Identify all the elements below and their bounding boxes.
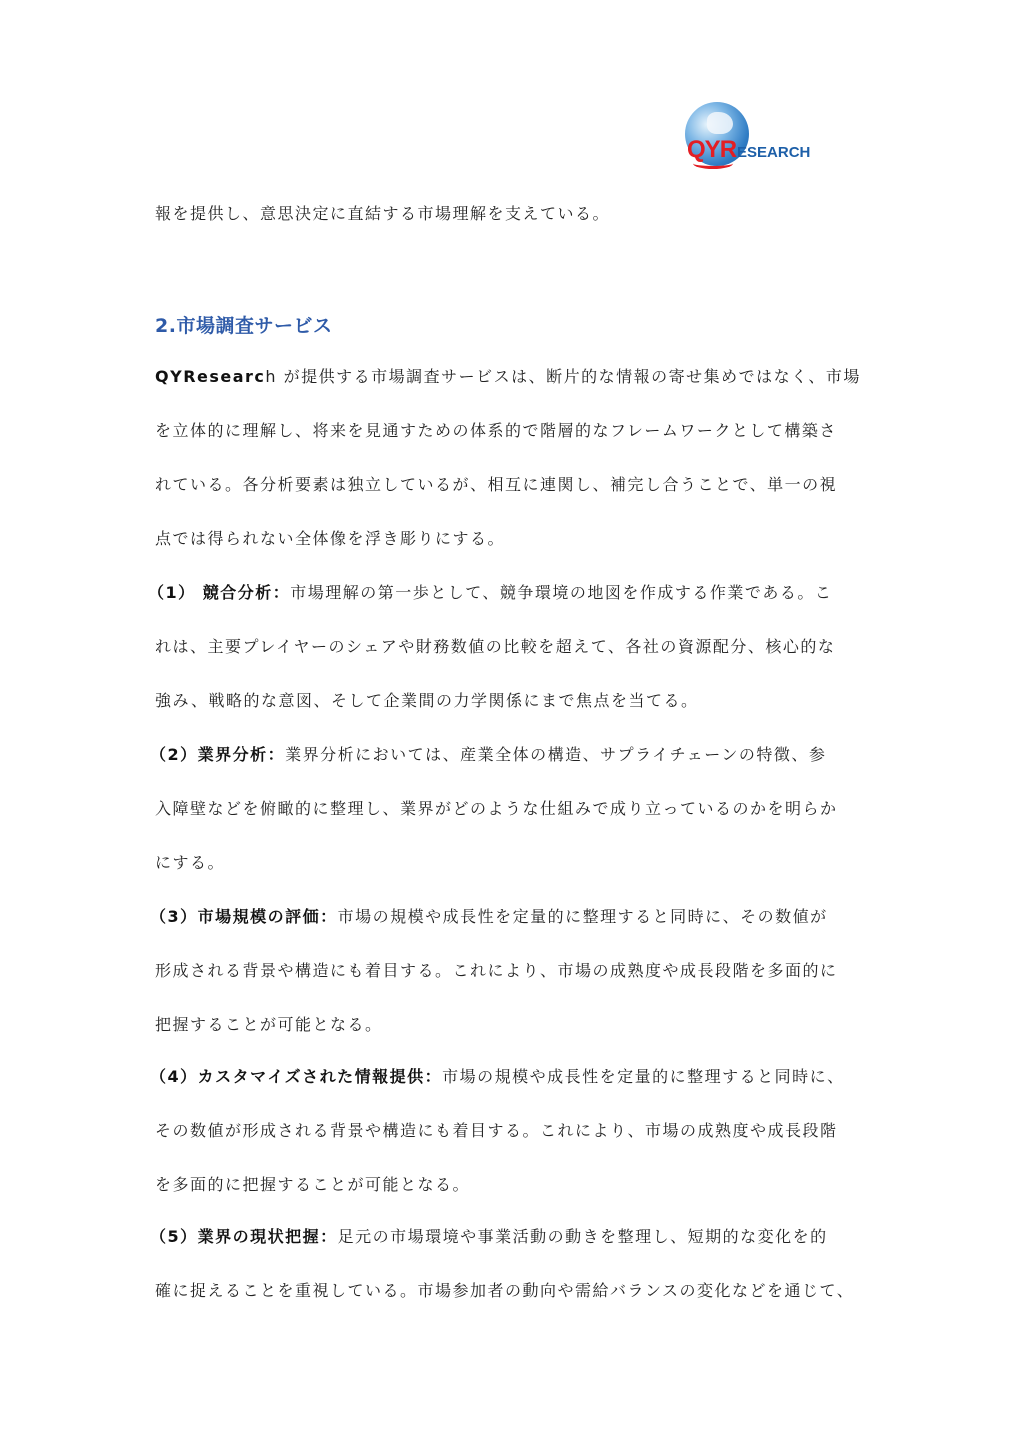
item-2-number: （2） [150, 745, 198, 764]
item-4-label: カスタマイズされた情報提供： [198, 1067, 443, 1086]
item-5-line-2: 確に捉えることを重視している。市場参加者の動向や需給バランスの変化などを通じて、 [155, 1280, 854, 1302]
item-2-line-2: 入障壁などを俯瞰的に整理し、業界がどのような仕組みで成り立っているのかを明らか [155, 798, 838, 820]
item-4-line-3: を多面的に把握することが可能となる。 [155, 1174, 470, 1196]
logo-swoosh [693, 158, 733, 169]
item-1-line-3: 強み、戦略的な意図、そして企業間の力学関係にまで焦点を当てる。 [155, 690, 698, 712]
item-4-number: （4） [150, 1067, 198, 1086]
item-2-label: 業界分析： [198, 745, 286, 764]
item-3-line-3: 把握することが可能となる。 [155, 1014, 383, 1036]
item-3-line-1: （3）市場規模の評価：市場の規模や成長性を定量的に整理すると同時に、その数値が [150, 906, 828, 928]
intro-tail-text: 報を提供し、意思決定に直結する市場理解を支えている。 [155, 203, 610, 225]
item-3-number: （3） [150, 907, 198, 926]
item-4-line-2: その数値が形成される背景や構造にも着目する。これにより、市場の成熟度や成長段階 [155, 1120, 838, 1142]
item-5-label: 業界の現状把握： [198, 1227, 338, 1246]
item-2-line-1: （2）業界分析：業界分析においては、産業全体の構造、サプライチェーンの特徴、参 [150, 744, 826, 766]
item-5-number: （5） [150, 1227, 198, 1246]
section-heading: 2.市場調査サービス [155, 311, 332, 338]
item-3-line-2: 形成される背景や構造にも着目する。これにより、市場の成熟度や成長段階を多面的に [155, 960, 838, 982]
section-intro-line-1: QYResearch が提供する市場調査サービスは、断片的な情報の寄せ集めではな… [155, 366, 861, 388]
item-1-line-1: （1） 競合分析：市場理解の第一歩として、競争環境の地図を作成する作業である。こ [148, 582, 832, 604]
item-1-line-2: れは、主要プレイヤーのシェアや財務数値の比較を超えて、各社の資源配分、核心的な [155, 636, 835, 658]
item-1-label: 競合分析： [196, 583, 291, 602]
qyresearch-logo: QYRESEARCH [683, 100, 828, 170]
item-1-number: （1） [148, 583, 196, 602]
brand-name: QYResearc [155, 367, 265, 386]
item-2-line-3: にする。 [155, 852, 225, 874]
item-5-line-1: （5）業界の現状把握：足元の市場環境や事業活動の動きを整理し、短期的な変化を的 [150, 1226, 828, 1248]
section-intro-line-2: を立体的に理解し、将来を見通すための体系的で階層的なフレームワークとして構築さ [155, 420, 837, 442]
section-intro-line-4: 点では得られない全体像を浮き彫りにする。 [155, 528, 505, 550]
item-4-line-1: （4）カスタマイズされた情報提供：市場の規模や成長性を定量的に整理すると同時に、 [150, 1066, 845, 1088]
item-3-label: 市場規模の評価： [198, 907, 338, 926]
section-intro-line-3: れている。各分析要素は独立しているが、相互に連関し、補完し合うことで、単一の視 [155, 474, 837, 496]
